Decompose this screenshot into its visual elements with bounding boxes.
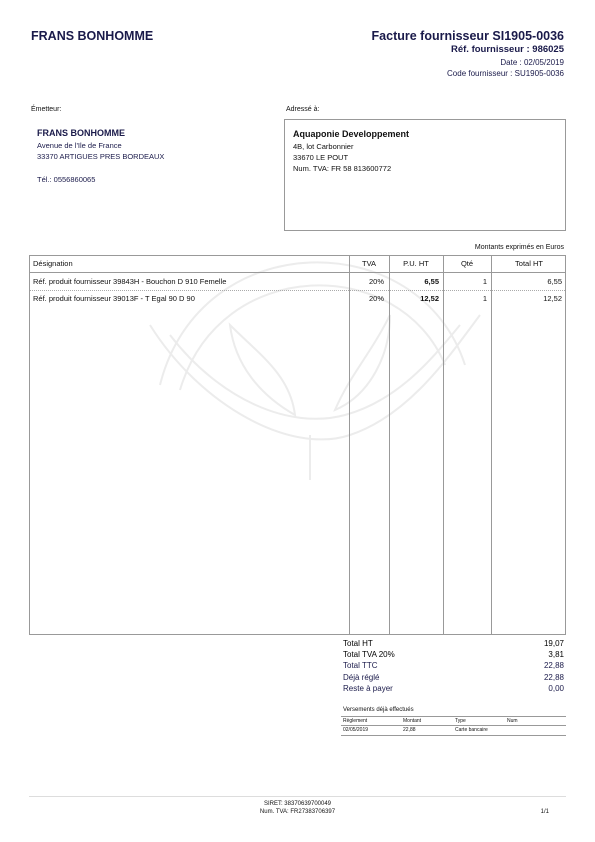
total-ht-value: 19,07: [544, 639, 564, 648]
recipient-address-line2: 33670 LE POUT: [293, 153, 348, 162]
recipient-name: Aquaponie Developpement: [293, 129, 409, 139]
row-qty: 1: [483, 294, 487, 303]
row-qty: 1: [483, 277, 487, 286]
document-title: Facture fournisseur SI1905-0036: [372, 29, 564, 43]
column-divider: [443, 256, 444, 634]
footer-vat: Num. TVA: FR27383706397: [180, 809, 415, 815]
row-unit-price: 12,52: [420, 294, 439, 303]
remaining-value: 0,00: [548, 684, 564, 693]
column-header-unit-price: P.U. HT: [389, 259, 443, 268]
currency-note: Montants exprimés en Euros: [475, 244, 564, 251]
company-name: FRANS BONHOMME: [31, 29, 153, 43]
invoice-date: Date : 02/05/2019: [500, 58, 564, 67]
recipient-address-line1: 4B, lot Carbonnier: [293, 142, 353, 151]
payment-date: 02/05/2019: [343, 727, 368, 733]
column-header-tva: TVA: [349, 259, 389, 268]
payments-header-amount: Montant: [403, 718, 421, 724]
supplier-code: Code fournisseur : SU1905-0036: [447, 69, 564, 78]
payments-title: Versements déjà effectués: [343, 707, 414, 713]
column-header-qty: Qté: [443, 259, 491, 268]
column-divider: [491, 256, 492, 634]
row-unit-price: 6,55: [424, 277, 439, 286]
payments-header-divider: [341, 725, 566, 726]
payments-header-type: Type: [455, 718, 466, 724]
row-tva: 20%: [369, 294, 384, 303]
column-divider: [349, 256, 350, 634]
table-row: Réf. produit fournisseur 39013F - T Egal…: [30, 290, 565, 307]
row-designation: Réf. produit fournisseur 39843H - Boucho…: [33, 277, 226, 286]
table-row: Réf. produit fournisseur 39843H - Boucho…: [30, 273, 565, 291]
footer-siret: SIRET: 38370639700049: [180, 801, 415, 807]
already-paid-value: 22,88: [544, 673, 564, 682]
issuer-block: FRANS BONHOMME Avenue de l'Ile de France…: [31, 119, 276, 231]
total-ttc-value: 22,88: [544, 661, 564, 670]
remaining-label: Reste à payer: [343, 684, 393, 693]
column-header-total: Total HT: [491, 259, 567, 268]
recipient-block: Aquaponie Developpement 4B, lot Carbonni…: [284, 119, 566, 231]
already-paid-label: Déjà réglé: [343, 673, 379, 682]
issuer-phone: Tél.: 0556860065: [37, 175, 95, 184]
row-tva: 20%: [369, 277, 384, 286]
total-tva-value: 3,81: [548, 650, 564, 659]
row-designation: Réf. produit fournisseur 39013F - T Egal…: [33, 294, 195, 303]
recipient-vat: Num. TVA: FR 58 813600772: [293, 164, 391, 173]
row-total: 12,52: [543, 294, 562, 303]
footer-divider: [29, 796, 566, 797]
total-tva-label: Total TVA 20%: [343, 650, 395, 659]
column-header-designation: Désignation: [33, 259, 73, 268]
payments-header-date: Règlement: [343, 718, 367, 724]
payment-amount: 22,88: [403, 727, 416, 733]
issuer-name: FRANS BONHOMME: [37, 128, 125, 138]
page-number: 1/1: [541, 809, 549, 815]
column-divider: [389, 256, 390, 634]
payments-header-num: Num: [507, 718, 518, 724]
payment-type: Carte bancaire: [455, 727, 488, 733]
issuer-label: Émetteur:: [31, 106, 61, 113]
row-total: 6,55: [547, 277, 562, 286]
total-ttc-label: Total TTC: [343, 661, 378, 670]
issuer-address-line1: Avenue de l'Ile de France: [37, 141, 122, 150]
issuer-address-line2: 33370 ARTIGUES PRES BORDEAUX: [37, 152, 164, 161]
supplier-reference: Réf. fournisseur : 986025: [451, 44, 564, 55]
invoice-lines-table: Désignation TVA P.U. HT Qté Total HT Réf…: [29, 255, 566, 635]
total-ht-label: Total HT: [343, 639, 373, 648]
payments-table: Règlement Montant Type Num 02/05/2019 22…: [341, 716, 566, 736]
recipient-label: Adressé à:: [286, 106, 319, 113]
